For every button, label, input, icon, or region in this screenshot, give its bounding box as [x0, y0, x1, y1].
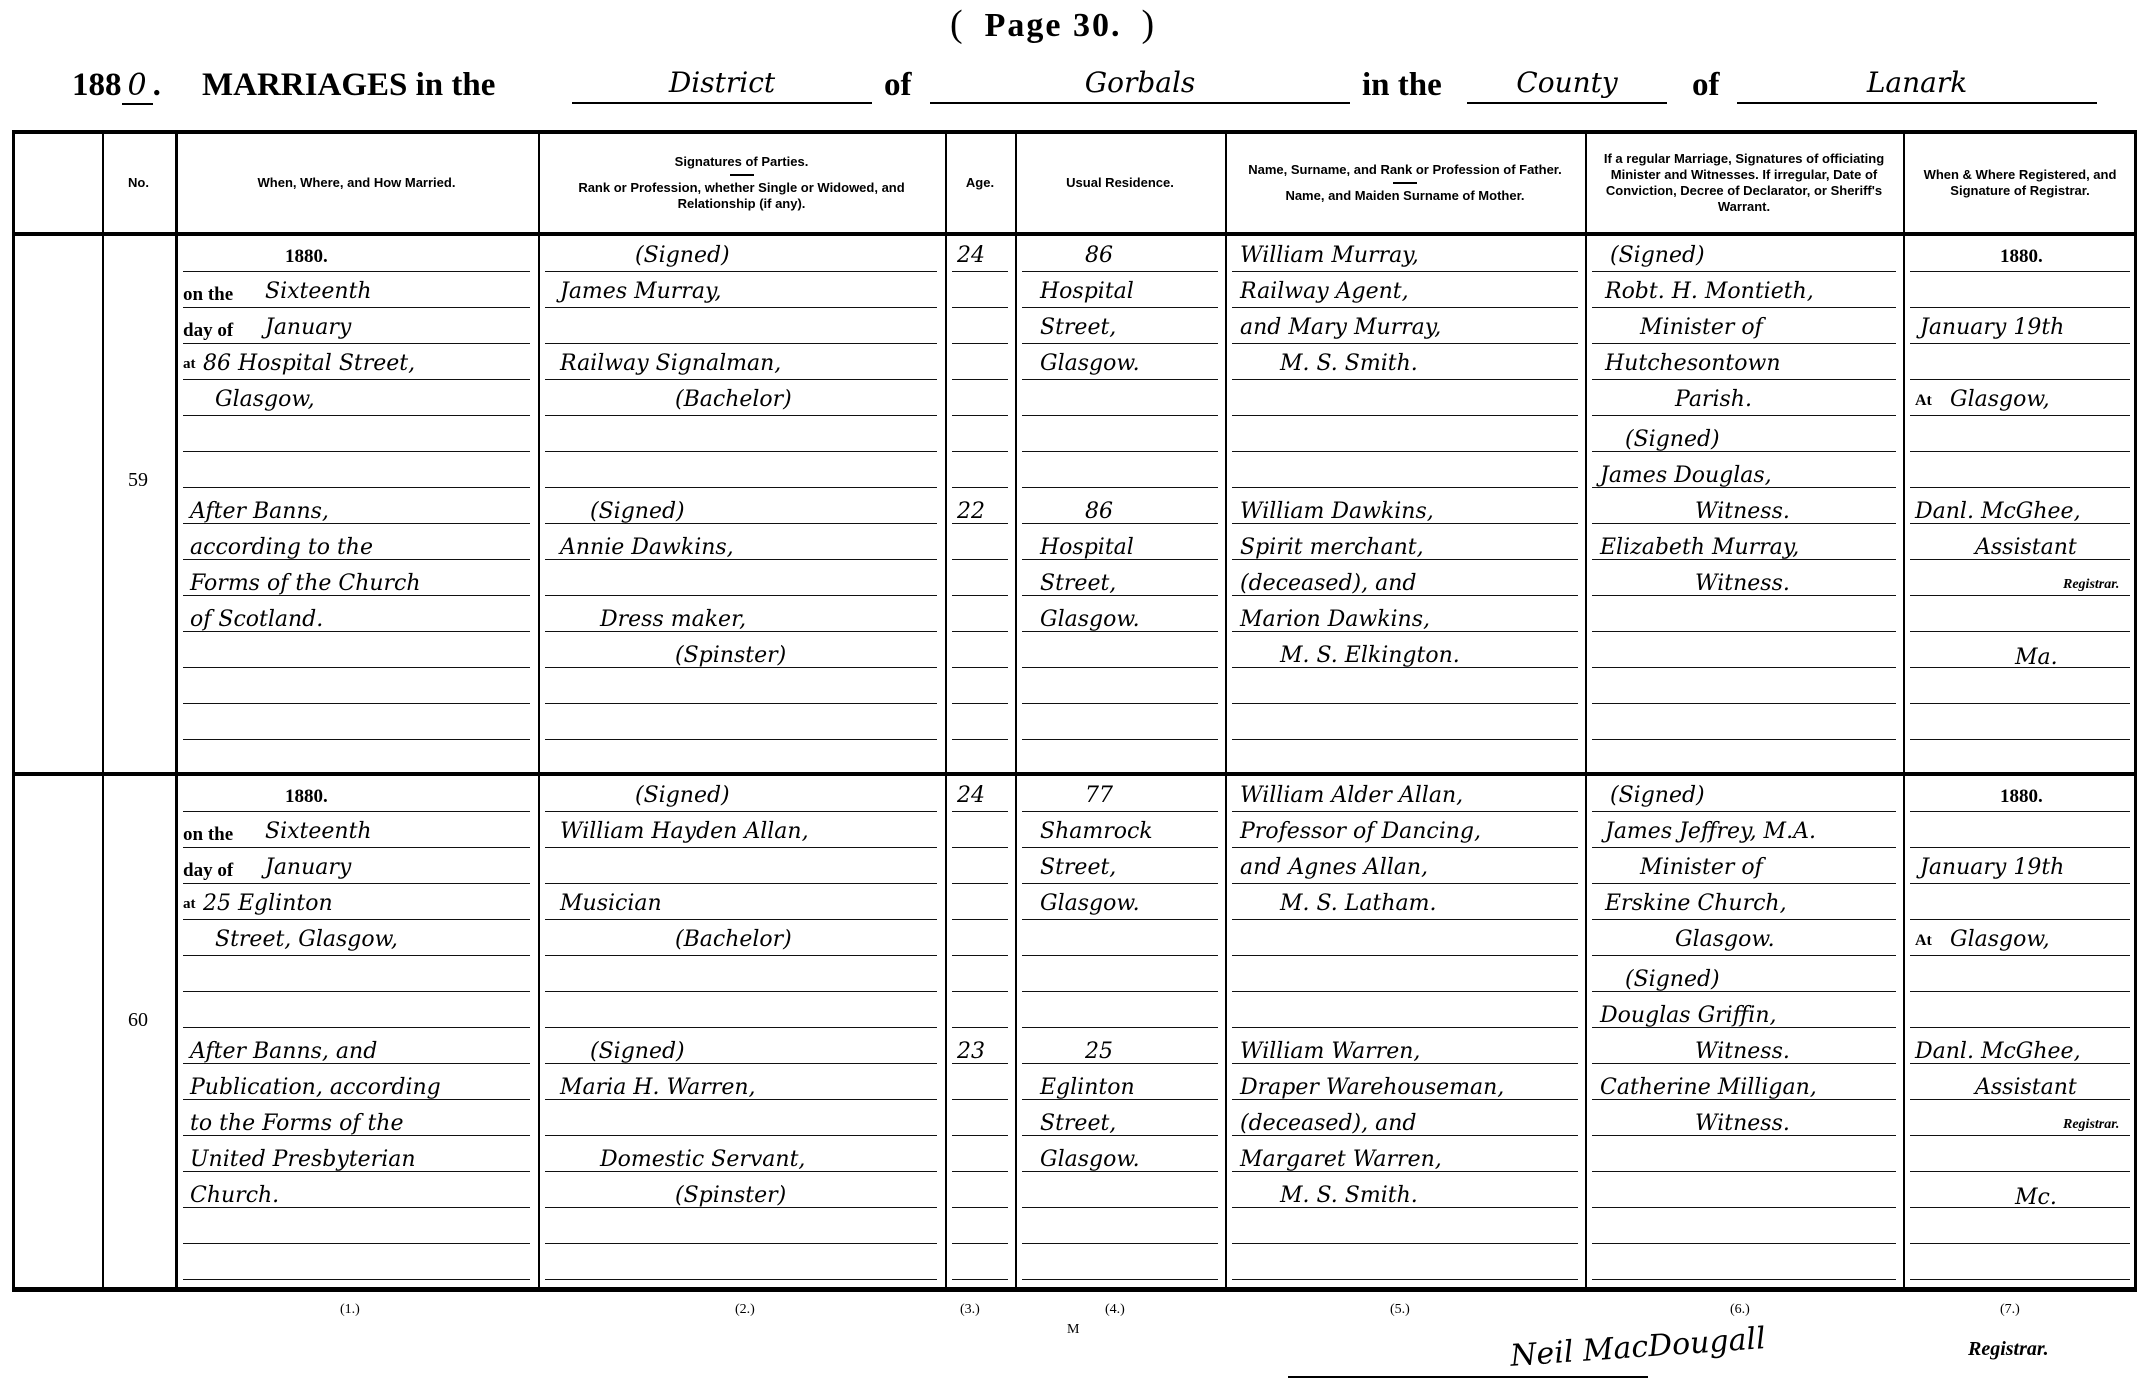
title-heading: MARRIAGES in the — [202, 67, 495, 104]
ruled-line — [183, 703, 530, 704]
on-the-label: on the — [183, 825, 233, 844]
ruled-line — [952, 667, 1008, 668]
ruled-line — [1910, 811, 2130, 812]
ruled-line — [183, 847, 530, 848]
ruled-line — [1592, 1279, 1896, 1280]
ruled-line — [952, 631, 1008, 632]
ruled-line — [1910, 739, 2130, 740]
officiant-line: Parish. — [1675, 389, 1752, 411]
marriage-how-line: of Scotland. — [190, 609, 323, 631]
groom-name: William Hayden Allan, — [560, 821, 809, 843]
officiant-line: (Signed) — [1610, 245, 1705, 267]
registrar-label: Registrar. — [1968, 1338, 2049, 1361]
bride-parents-line: M. S. Elkington. — [1280, 645, 1460, 667]
ruled-line — [1232, 991, 1578, 992]
ruled-line — [183, 307, 530, 308]
col-divider — [1903, 134, 1905, 1287]
ruled-line — [1022, 307, 1218, 308]
ruled-line — [545, 1027, 937, 1028]
bride-rank: Domestic Servant, — [600, 1149, 805, 1171]
groom-rank: Musician — [560, 893, 662, 915]
registration-year: 1880. — [2000, 247, 2043, 266]
on-the-label: on the — [183, 285, 233, 304]
footer-mark: M — [1067, 1322, 1079, 1338]
header-mother: Name, and Maiden Surname of Mother. — [1285, 188, 1524, 204]
registration-at-label: At — [1915, 393, 1932, 409]
entry-number: 60 — [128, 1009, 148, 1032]
ruled-line — [1232, 451, 1578, 452]
marriage-how-line: After Banns, — [190, 501, 329, 523]
groom-parents-line: Railway Agent, — [1240, 281, 1409, 303]
ruled-line — [1022, 343, 1218, 344]
marriage-how-line: United Presbyterian — [190, 1149, 416, 1171]
ruled-line — [1910, 379, 2130, 380]
ruled-line — [1592, 1243, 1896, 1244]
marriage-year: 1880. — [285, 247, 328, 266]
bride-parents-line: Marion Dawkins, — [1240, 609, 1430, 631]
ruled-line — [1022, 1063, 1218, 1064]
ruled-line — [1232, 739, 1578, 740]
bride-residence-line: Street, — [1040, 573, 1116, 595]
registrar-label: Registrar. — [2063, 577, 2119, 593]
bride-parents-line: Margaret Warren, — [1240, 1149, 1442, 1171]
groom-parents-line: M. S. Smith. — [1280, 353, 1418, 375]
ruled-line — [1232, 1243, 1578, 1244]
ruled-line — [952, 451, 1008, 452]
ruled-line — [1232, 955, 1578, 956]
bride-residence-line: Eglinton — [1040, 1077, 1135, 1099]
ruled-line — [1022, 271, 1218, 272]
ruled-line — [1022, 847, 1218, 848]
at-label: at — [183, 897, 196, 912]
witness-line: (Signed) — [1625, 969, 1720, 991]
ruled-line — [1232, 1279, 1578, 1280]
groom-residence-line: Shamrock — [1040, 821, 1153, 843]
ruled-line — [952, 1171, 1008, 1172]
marriage-month: January — [265, 317, 351, 339]
ruled-line — [1592, 667, 1896, 668]
bride-residence-line: Hospital — [1040, 537, 1134, 559]
ruled-line — [1022, 523, 1218, 524]
registrar-initials: Ma. — [2015, 647, 2058, 669]
ruled-line — [545, 703, 937, 704]
ruled-line — [952, 811, 1008, 812]
groom-rank: Railway Signalman, — [560, 353, 781, 375]
ruled-line — [1910, 1027, 2130, 1028]
ruled-line — [183, 451, 530, 452]
title-of-2: of — [1692, 67, 1720, 104]
title-of-1: of — [884, 67, 912, 104]
column-number: (5.) — [1390, 1302, 1410, 1318]
ruled-line — [545, 991, 937, 992]
ruled-line — [952, 595, 1008, 596]
bride-signed: (Signed) — [590, 501, 685, 523]
bride-parents-line: Spirit merchant, — [1240, 537, 1424, 559]
ruled-line — [1910, 919, 2130, 920]
ruled-line — [1910, 631, 2130, 632]
ruled-line — [952, 1279, 1008, 1280]
ruled-line — [1910, 991, 2130, 992]
bride-residence-line: 25 — [1085, 1041, 1113, 1063]
officiant-line: Hutchesontown — [1605, 353, 1781, 375]
ruled-line — [1910, 955, 2130, 956]
witness-line: Witness. — [1695, 1041, 1790, 1063]
page-number-value: 30. — [1073, 7, 1122, 44]
ruled-line — [952, 919, 1008, 920]
ruled-line — [1592, 1207, 1896, 1208]
marriage-how-line: Publication, according — [190, 1077, 441, 1099]
bride-parents-line: M. S. Smith. — [1280, 1185, 1418, 1207]
officiant-line: Minister of — [1640, 857, 1763, 879]
bride-parents-line: William Warren, — [1240, 1041, 1420, 1063]
marriage-month: January — [265, 857, 351, 879]
header-dash — [730, 174, 754, 176]
ruled-line — [545, 415, 937, 416]
ruled-line — [952, 343, 1008, 344]
ruled-line — [545, 739, 937, 740]
groom-residence-line: Glasgow. — [1040, 353, 1140, 375]
ruled-line — [183, 919, 530, 920]
witness-line: James Douglas, — [1600, 465, 1772, 487]
marriage-how-line: Church. — [190, 1185, 279, 1207]
ruled-line — [1022, 1207, 1218, 1208]
header-father: Name, Surname, and Rank or Profession of… — [1248, 162, 1562, 178]
ruled-line — [545, 271, 937, 272]
ruled-line — [1232, 307, 1578, 308]
ruled-line — [1910, 487, 2130, 488]
ruled-line — [545, 1279, 937, 1280]
region-type-field: County — [1467, 66, 1667, 104]
ruled-line — [952, 1099, 1008, 1100]
ruled-line — [545, 847, 937, 848]
ruled-line — [1022, 379, 1218, 380]
marriage-place-line2: Glasgow, — [215, 389, 315, 411]
ruled-line — [952, 1207, 1008, 1208]
ruled-line — [183, 739, 530, 740]
officiant-line: Minister of — [1640, 317, 1763, 339]
column-number: (1.) — [340, 1302, 360, 1318]
ruled-line — [1022, 487, 1218, 488]
unit-type-field: District — [572, 66, 872, 104]
ruled-line — [1022, 991, 1218, 992]
header-divider — [15, 232, 2134, 236]
ruled-line — [1592, 811, 1896, 812]
ruled-line — [1232, 379, 1578, 380]
ruled-line — [1022, 811, 1218, 812]
ruled-line — [183, 955, 530, 956]
ruled-line — [183, 487, 530, 488]
bride-parents-line: (deceased), and — [1240, 1113, 1416, 1135]
groom-name: James Murray, — [560, 281, 721, 303]
ruled-line — [1232, 415, 1578, 416]
witness-line: Witness. — [1695, 501, 1790, 523]
ruled-line — [183, 883, 530, 884]
header-regular: If a regular Marriage, Signatures of off… — [1585, 134, 1903, 232]
officiant-line: Erskine Church, — [1605, 893, 1787, 915]
ruled-line — [1232, 847, 1578, 848]
ruled-line — [1592, 847, 1896, 848]
ruled-line — [952, 307, 1008, 308]
header-registered: When & Where Registered, and Signature o… — [1903, 134, 2137, 232]
groom-parents-line: and Agnes Allan, — [1240, 857, 1428, 879]
ruled-line — [1592, 379, 1896, 380]
bride-parents-line: (deceased), and — [1240, 573, 1416, 595]
groom-status: (Bachelor) — [675, 929, 792, 951]
bride-residence-line: 86 — [1085, 501, 1113, 523]
groom-status: (Bachelor) — [675, 389, 792, 411]
ruled-line — [952, 271, 1008, 272]
ruled-line — [183, 1027, 530, 1028]
entry-number: 59 — [128, 469, 148, 492]
ruled-line — [1910, 595, 2130, 596]
title-in-the: in the — [1362, 67, 1442, 104]
groom-parents-line: William Alder Allan, — [1240, 785, 1463, 807]
header-signatures-bottom: Rank or Profession, whether Single or Wi… — [542, 180, 941, 213]
officiant-line: Glasgow. — [1675, 929, 1775, 951]
ruled-line — [183, 379, 530, 380]
ruled-line — [183, 991, 530, 992]
ruled-line — [545, 1135, 937, 1136]
ruled-line — [1022, 703, 1218, 704]
header-parents: Name, Surname, and Rank or Profession of… — [1225, 134, 1585, 232]
page-number: (Page 30.) — [930, 2, 1176, 46]
officiant-line: (Signed) — [1610, 785, 1705, 807]
witness-line: Catherine Milligan, — [1600, 1077, 1817, 1099]
col-divider — [175, 134, 178, 1287]
marriage-how-line: Forms of the Church — [190, 573, 421, 595]
header-signatures-top: Signatures of Parties. — [675, 154, 809, 170]
title-year: 1880. — [72, 67, 161, 104]
bride-name: Maria H. Warren, — [560, 1077, 756, 1099]
header-signatures: Signatures of Parties. Rank or Professio… — [538, 134, 945, 232]
ruled-line — [1592, 739, 1896, 740]
col-divider — [1015, 134, 1017, 1287]
place-field: Gorbals — [930, 66, 1350, 104]
ruled-line — [1592, 919, 1896, 920]
witness-line: Witness. — [1695, 573, 1790, 595]
ruled-line — [1910, 1279, 2130, 1280]
page-label: Page — [985, 7, 1063, 44]
ruled-line — [1592, 883, 1896, 884]
ruled-line — [1910, 1243, 2130, 1244]
ruled-line — [1592, 415, 1896, 416]
groom-parents-line: William Murray, — [1240, 245, 1419, 267]
ruled-line — [1232, 919, 1578, 920]
ruled-line — [1592, 343, 1896, 344]
ruled-line — [183, 667, 530, 668]
ruled-line — [1022, 451, 1218, 452]
officiant-line: James Jeffrey, M.A. — [1605, 821, 1816, 843]
registration-place: Glasgow, — [1950, 929, 2050, 951]
ruled-line — [952, 847, 1008, 848]
ruled-line — [952, 487, 1008, 488]
header-age: Age. — [945, 134, 1015, 232]
bride-residence-line: Street, — [1040, 1113, 1116, 1135]
marriage-day: Sixteenth — [265, 821, 372, 843]
marriage-place-line1: 25 Eglinton — [203, 893, 333, 915]
ruled-line — [952, 703, 1008, 704]
ruled-line — [1022, 739, 1218, 740]
ruled-line — [1022, 1279, 1218, 1280]
ruled-line — [952, 991, 1008, 992]
witness-line: Elizabeth Murray, — [1600, 537, 1799, 559]
header-residence: Usual Residence. — [1015, 134, 1225, 232]
ruled-line — [545, 379, 937, 380]
registrar-role: Assistant — [1975, 537, 2077, 559]
ruled-line — [1910, 271, 2130, 272]
groom-parents-line: Professor of Dancing, — [1240, 821, 1481, 843]
ruled-line — [1592, 703, 1896, 704]
ruled-line — [952, 955, 1008, 956]
ruled-line — [545, 595, 937, 596]
bride-parents-line: Draper Warehouseman, — [1240, 1077, 1504, 1099]
col-divider — [945, 134, 947, 1287]
header-dash — [1393, 182, 1417, 184]
day-of-label: day of — [183, 321, 233, 340]
entry-divider — [15, 772, 2134, 776]
ruled-line — [183, 271, 530, 272]
groom-parents-line: and Mary Murray, — [1240, 317, 1441, 339]
ruled-line — [1022, 1027, 1218, 1028]
at-label: at — [183, 357, 196, 372]
registrar-role: Assistant — [1975, 1077, 2077, 1099]
column-number: (2.) — [735, 1302, 755, 1318]
groom-residence-line: Street, — [1040, 857, 1116, 879]
witness-line: Douglas Griffin, — [1600, 1005, 1776, 1027]
ruled-line — [183, 343, 530, 344]
ruled-line — [952, 883, 1008, 884]
registrar-label: Registrar. — [2063, 1117, 2119, 1133]
registration-date: January 19th — [1920, 317, 2064, 339]
groom-age: 24 — [957, 245, 985, 267]
bride-residence-line: Glasgow. — [1040, 609, 1140, 631]
day-of-label: day of — [183, 861, 233, 880]
bride-name: Annie Dawkins, — [560, 537, 734, 559]
ruled-line — [1592, 307, 1896, 308]
ruled-line — [1592, 1171, 1896, 1172]
ruled-line — [183, 811, 530, 812]
column-number: (3.) — [960, 1302, 980, 1318]
ruled-line — [1022, 1243, 1218, 1244]
ruled-line — [952, 1243, 1008, 1244]
marriage-how-line: to the Forms of the — [190, 1113, 403, 1135]
register-table: No. When, Where, and How Married. Signat… — [12, 130, 2137, 1292]
marriage-day: Sixteenth — [265, 281, 372, 303]
ruled-line — [1232, 1027, 1578, 1028]
ruled-line — [1232, 343, 1578, 344]
ruled-line — [952, 379, 1008, 380]
ruled-line — [952, 559, 1008, 560]
ruled-line — [545, 811, 937, 812]
county-field: Lanark — [1737, 66, 2097, 104]
ruled-line — [183, 415, 530, 416]
col-divider — [1585, 134, 1587, 1287]
groom-residence-line: 77 — [1085, 785, 1113, 807]
ruled-line — [1232, 703, 1578, 704]
header-when-where: When, Where, and How Married. — [175, 134, 538, 232]
bride-age: 22 — [957, 501, 985, 523]
officiant-line: Robt. H. Montieth, — [1605, 281, 1814, 303]
groom-residence-line: Glasgow. — [1040, 893, 1140, 915]
ruled-line — [1022, 919, 1218, 920]
bride-residence-line: Glasgow. — [1040, 1149, 1140, 1171]
header-no: No. — [102, 134, 175, 232]
ruled-line — [1910, 415, 2130, 416]
ruled-line — [952, 415, 1008, 416]
witness-line: Witness. — [1695, 1113, 1790, 1135]
groom-signed: (Signed) — [635, 785, 730, 807]
ruled-line — [183, 1279, 530, 1280]
ruled-line — [1910, 883, 2130, 884]
ruled-line — [1910, 847, 2130, 848]
groom-residence-line: 86 — [1085, 245, 1113, 267]
marriage-place-line1: 86 Hospital Street, — [203, 353, 415, 375]
registration-year: 1880. — [2000, 787, 2043, 806]
ruled-line — [952, 1135, 1008, 1136]
ruled-line — [1022, 415, 1218, 416]
groom-residence-line: Street, — [1040, 317, 1116, 339]
col-divider — [102, 134, 104, 1287]
marriage-how-line: After Banns, and — [190, 1041, 377, 1063]
groom-parents-line: M. S. Latham. — [1280, 893, 1437, 915]
bride-status: (Spinster) — [675, 1185, 786, 1207]
ruled-line — [1910, 703, 2130, 704]
ruled-line — [545, 343, 937, 344]
ruled-line — [1022, 667, 1218, 668]
registrar-initials: Mc. — [2015, 1187, 2057, 1209]
registration-at-label: At — [1915, 933, 1932, 949]
register-title: 1880. MARRIAGES in the District of Gorba… — [72, 60, 2109, 110]
ruled-line — [1910, 1135, 2130, 1136]
bride-status: (Spinster) — [675, 645, 786, 667]
ruled-line — [1910, 1171, 2130, 1172]
ruled-line — [1592, 955, 1896, 956]
ruled-line — [183, 1243, 530, 1244]
groom-signed: (Signed) — [635, 245, 730, 267]
ruled-line — [1910, 307, 2130, 308]
col-divider — [538, 134, 540, 1287]
ruled-line — [1910, 451, 2130, 452]
ruled-line — [1022, 883, 1218, 884]
registrar-name: Danl. McGhee, — [1915, 1041, 2081, 1063]
bride-rank: Dress maker, — [600, 609, 746, 631]
column-number: (6.) — [1730, 1302, 1750, 1318]
ruled-line — [1592, 631, 1896, 632]
ruled-line — [1232, 487, 1578, 488]
ruled-line — [545, 883, 937, 884]
witness-line: (Signed) — [1625, 429, 1720, 451]
ruled-line — [545, 307, 937, 308]
marriage-how-line: according to the — [190, 537, 373, 559]
registration-date: January 19th — [1920, 857, 2064, 879]
groom-residence-line: Hospital — [1040, 281, 1134, 303]
ruled-line — [952, 739, 1008, 740]
bride-parents-line: William Dawkins, — [1240, 501, 1434, 523]
ruled-line — [545, 487, 937, 488]
bride-age: 23 — [957, 1041, 985, 1063]
ruled-line — [1232, 271, 1578, 272]
ruled-line — [952, 1027, 1008, 1028]
ruled-line — [1022, 955, 1218, 956]
ruled-line — [545, 1243, 937, 1244]
ruled-line — [1232, 883, 1578, 884]
marriage-year: 1880. — [285, 787, 328, 806]
registration-place: Glasgow, — [1950, 389, 2050, 411]
column-number: (7.) — [2000, 1302, 2020, 1318]
ruled-line — [1592, 271, 1896, 272]
marriage-place-line2: Street, Glasgow, — [215, 929, 398, 951]
col-divider — [1225, 134, 1227, 1287]
